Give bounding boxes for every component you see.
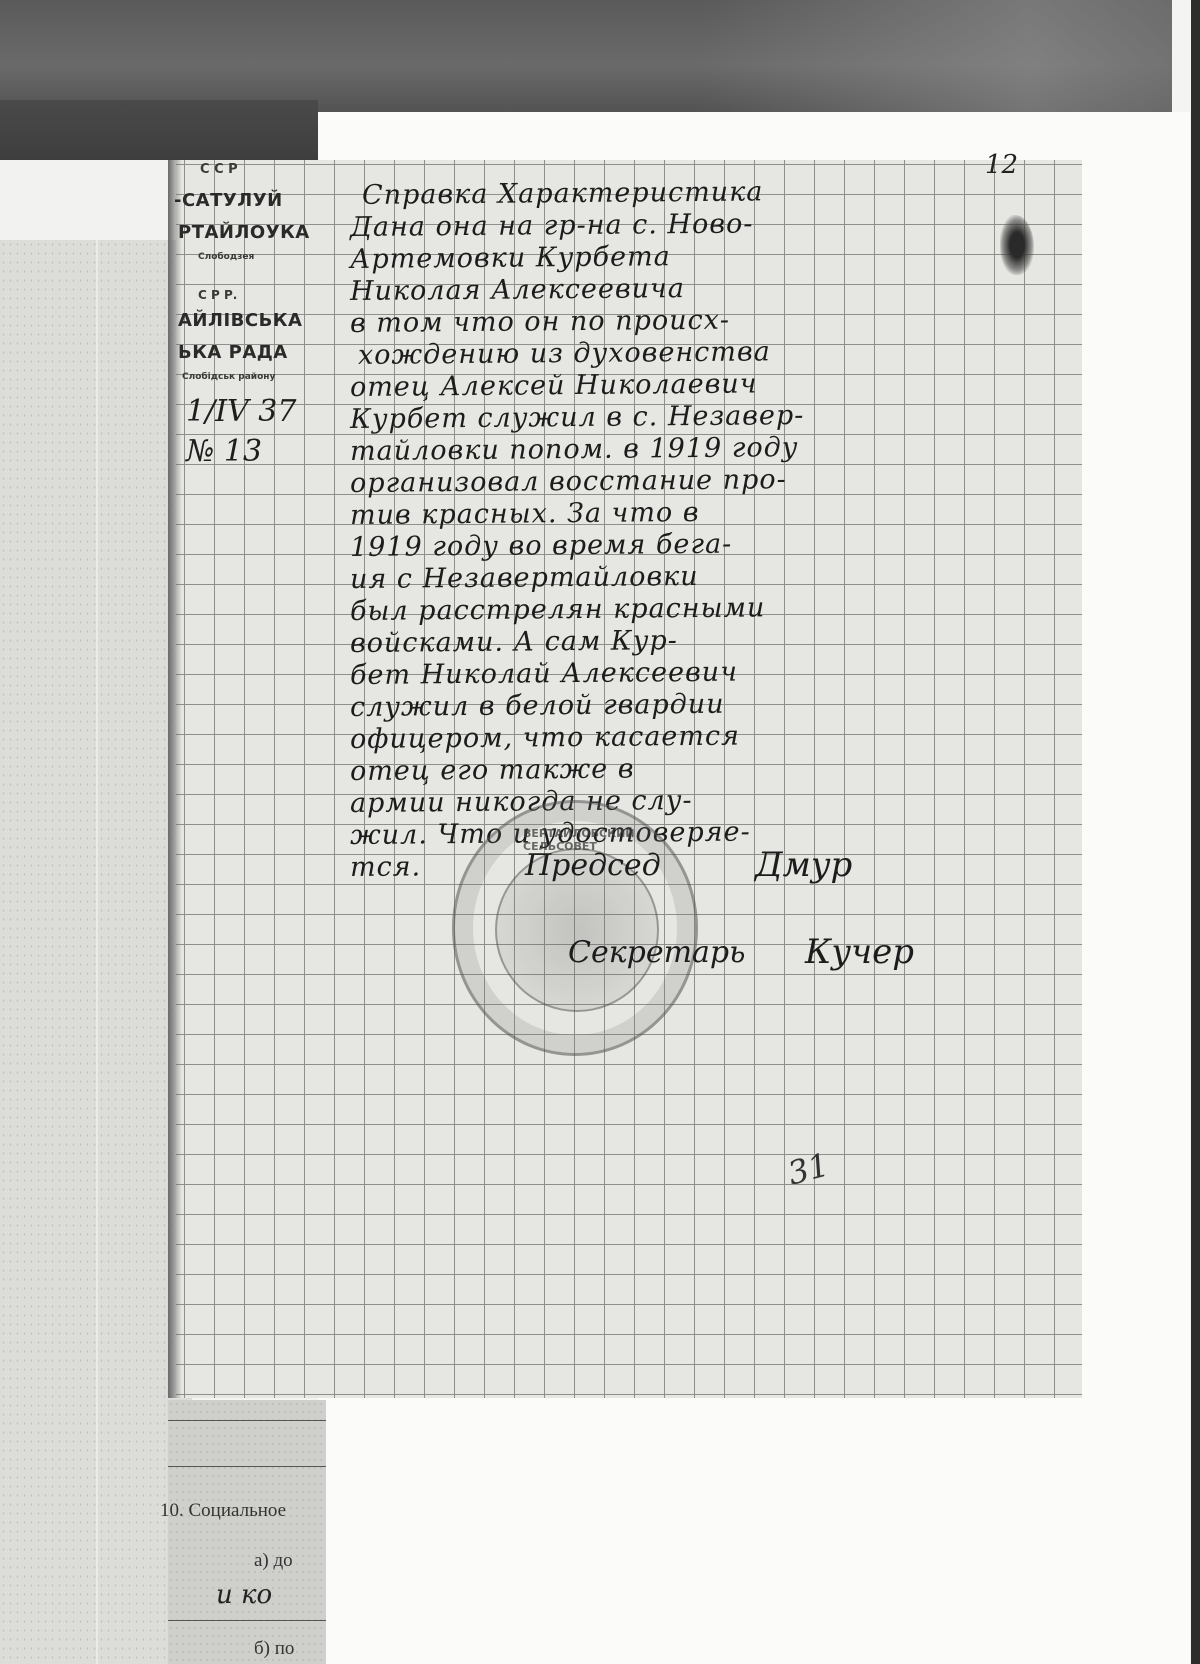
chairman-signature: Дмур xyxy=(755,845,852,885)
underlying-sheet-fold xyxy=(96,240,98,1664)
stamp-line-6: АЙЛІВСЬКА xyxy=(178,310,302,331)
letter-line: тся. xyxy=(350,846,1070,884)
form-item-a: а) до xyxy=(254,1550,293,1572)
rubber-stamp: С С Р -САТУЛУЙ РТАЙЛОУКА Слободзея С Р Р… xyxy=(178,160,346,500)
stamp-line-8: Слобідськ району xyxy=(182,372,275,382)
form-rule xyxy=(168,1420,326,1421)
underlying-sheet-top xyxy=(0,160,176,240)
form-rule xyxy=(168,1620,326,1621)
handwritten-letter: Справка Характеристика Дана она на гр-на… xyxy=(350,180,1070,884)
stamp-line-3: РТАЙЛОУКА xyxy=(178,222,310,243)
stamp-line-1: С С Р xyxy=(200,162,238,177)
form-rule xyxy=(168,1466,326,1467)
secretary-label: Секретарь xyxy=(568,935,745,970)
chairman-label: Председ xyxy=(525,848,661,883)
lower-form-fragment: 10. Социальное а) до и ко б) по xyxy=(168,1400,326,1664)
scan-edge-bar xyxy=(1191,0,1200,1664)
stamp-ref: № 13 xyxy=(186,434,262,469)
official-seal: ВЕРТАЙЛОВСКИЙ СЕЛЬСОВЕТ xyxy=(452,800,698,1056)
stamp-line-7: ЬКА РАДА xyxy=(178,342,288,363)
form-item-b: б) по xyxy=(254,1638,294,1660)
stamp-line-4: Слободзея xyxy=(198,252,254,262)
scanner-glare xyxy=(700,0,1172,118)
stamp-line-5: С Р Р. xyxy=(198,288,237,302)
form-item-a-handwritten: и ко xyxy=(216,1580,272,1610)
stamp-date: 1/IV 37 xyxy=(186,394,296,429)
secretary-signature: Кучер xyxy=(805,932,914,972)
form-item-10: 10. Социальное xyxy=(160,1500,286,1522)
stamp-line-2: -САТУЛУЙ xyxy=(174,190,283,211)
scanner-background-shadow-left xyxy=(0,100,318,160)
